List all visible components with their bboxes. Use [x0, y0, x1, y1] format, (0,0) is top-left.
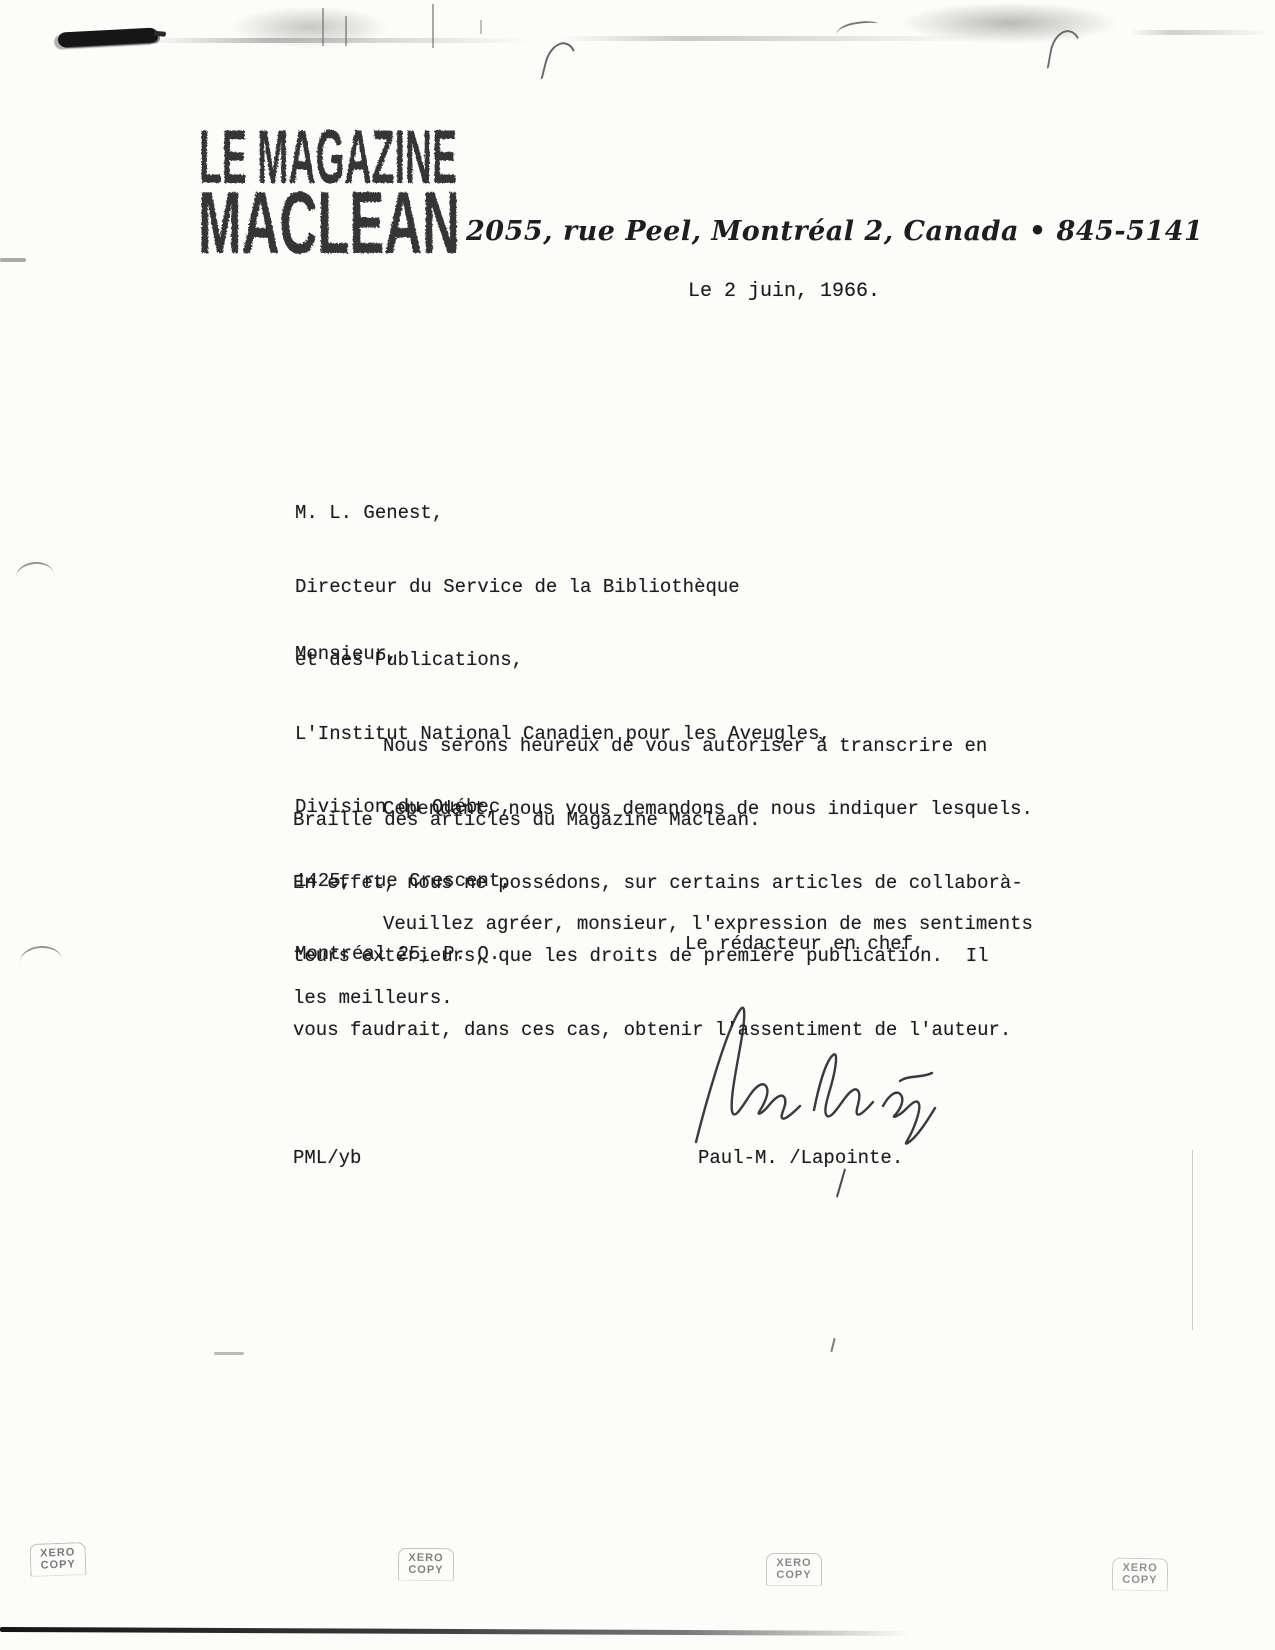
scan-smudge	[900, 2, 1120, 44]
letter-date: Le 2 juin, 1966.	[688, 280, 880, 303]
scan-streak	[1130, 30, 1270, 35]
edge-smudge	[0, 258, 26, 262]
scan-tick-mark	[345, 16, 347, 46]
scan-edge-shadow	[0, 1627, 910, 1636]
salutation: Monsieur,	[295, 642, 398, 667]
xero-copy-stamp: XERO COPY	[398, 1548, 454, 1581]
stamp-text: COPY	[401, 1564, 451, 1576]
magazine-maclean-logo: LE MAGAZINE MACLEAN	[198, 124, 476, 258]
stray-pen-mark	[830, 1338, 835, 1352]
body-line: Cependant, nous vous demandons de nous i…	[293, 797, 1033, 822]
xero-copy-stamp: XERO COPY	[766, 1553, 822, 1586]
recipient-line: M. L. Genest,	[295, 501, 831, 526]
typist-initials: PML/yb	[293, 1146, 361, 1171]
closing-line: Le rédacteur en chef,	[685, 932, 924, 957]
scanned-letter-page: LE MAGAZINE MACLEAN 2055, rue Peel, Mont…	[0, 0, 1275, 1650]
left-margin-curl-mark	[15, 560, 56, 592]
scan-smudge	[230, 6, 390, 48]
recipient-line: Directeur du Service de la Bibliothèque	[295, 575, 831, 600]
pen-dash-mark	[835, 19, 878, 37]
handwritten-signature	[666, 998, 946, 1150]
stamp-text: COPY	[1115, 1574, 1165, 1587]
signature-tail-stroke	[836, 1168, 846, 1197]
staple-smudge-mark	[58, 27, 159, 47]
signer-typed-name: Paul-M. /Lapointe.	[698, 1146, 903, 1171]
paper-curl-mark	[540, 39, 581, 87]
stamp-text: COPY	[33, 1558, 83, 1572]
scan-tick-mark	[432, 4, 434, 48]
scan-tick-mark	[480, 20, 482, 34]
scan-tick-mark	[322, 8, 324, 46]
logo-line2-text: MACLEAN	[198, 173, 460, 258]
xero-copy-stamp: XERO COPY	[29, 1542, 86, 1577]
stamp-text: XERO	[1115, 1562, 1165, 1575]
stray-pencil-mark	[214, 1352, 244, 1355]
stamp-text: XERO	[401, 1552, 451, 1564]
letterhead-address: 2055, rue Peel, Montréal 2, Canada • 845…	[466, 216, 1203, 247]
stamp-text: XERO	[769, 1557, 819, 1569]
faint-fold-line	[1192, 1150, 1193, 1330]
stamp-text: COPY	[769, 1569, 819, 1581]
left-margin-curl-mark	[19, 945, 63, 978]
xero-copy-stamp: XERO COPY	[1112, 1558, 1169, 1592]
